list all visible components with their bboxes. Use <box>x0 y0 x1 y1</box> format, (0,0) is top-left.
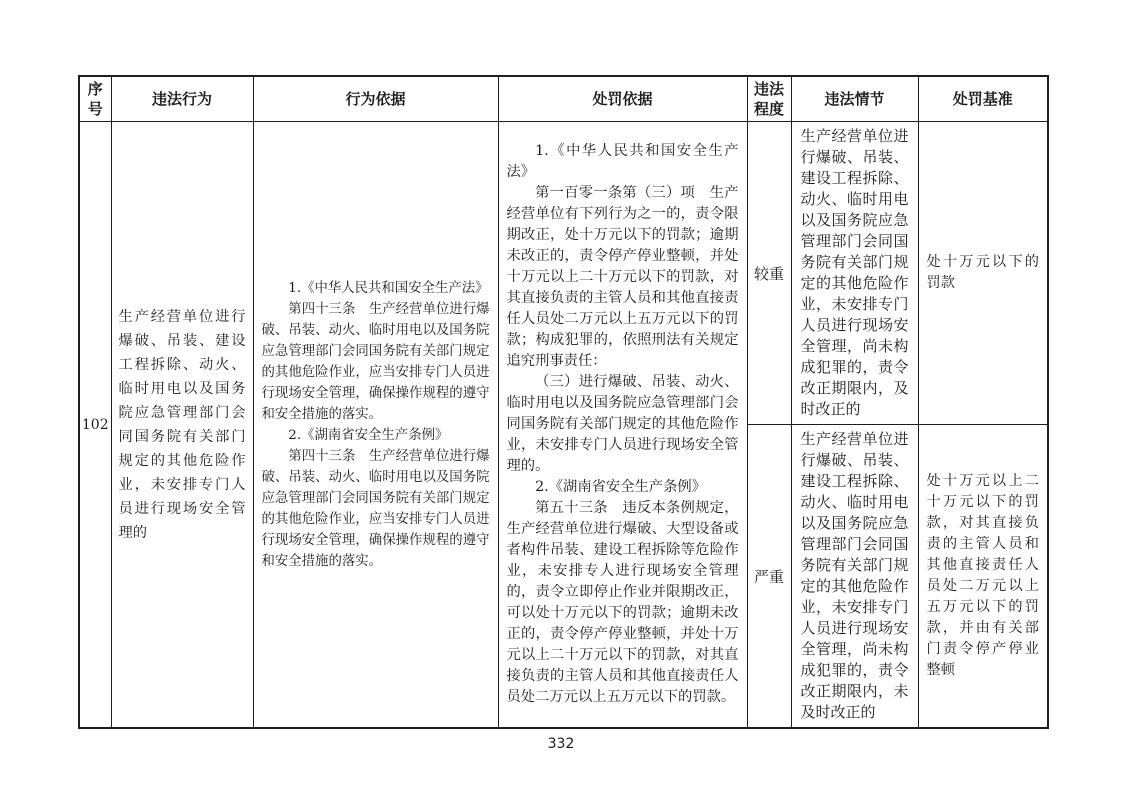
penalty-basis-regulation-title: 2.《湖南省安全生产条例》 <box>507 477 739 498</box>
header-behavior-basis: 行为依据 <box>253 76 498 122</box>
cell-benchmark-severe: 处十万元以上二十万元以下的罚款，对其直接负责的主管人员和其他直接责任人员处二万元… <box>918 425 1048 729</box>
cell-illegal-behavior: 生产经营单位进行爆破、吊装、建设工程拆除、动火、临时用电以及国务院应急管理部门会… <box>111 122 253 729</box>
cell-serial-number: 102 <box>79 122 111 729</box>
cell-degree-severe: 严重 <box>747 425 791 729</box>
cell-circumstance-severe: 生产经营单位进行爆破、吊装、建设工程拆除、动火、临时用电以及国务院应急管理部门会… <box>791 425 918 729</box>
circumstance-moderate-text: 生产经营单位进行爆破、吊装、建设工程拆除、动火、临时用电以及国务院应急管理部门会… <box>801 126 909 420</box>
cell-benchmark-moderate: 处十万元以下的罚款 <box>918 122 1048 425</box>
behavior-basis-law-title: 1.《中华人民共和国安全生产法》 <box>262 278 490 299</box>
circumstance-severe-text: 生产经营单位进行爆破、吊装、建设工程拆除、动火、临时用电以及国务院应急管理部门会… <box>801 429 909 723</box>
behavior-basis-regulation-title: 2.《湖南省安全生产条例》 <box>262 425 490 446</box>
header-violation-degree: 违法程度 <box>747 76 791 122</box>
header-penalty-basis: 处罚依据 <box>498 76 747 122</box>
document-page: 序号 违法行为 行为依据 处罚依据 违法程度 违法情节 处罚基准 102 生产经… <box>0 0 1122 793</box>
header-violation-circumstance: 违法情节 <box>791 76 918 122</box>
table-row-102-subrow-1: 102 生产经营单位进行爆破、吊装、建设工程拆除、动火、临时用电以及国务院应急管… <box>79 122 1048 425</box>
header-serial-number: 序号 <box>79 76 111 122</box>
cell-behavior-basis: 1.《中华人民共和国安全生产法》 第四十三条 生产经营单位进行爆破、吊装、动火、… <box>253 122 498 729</box>
behavior-basis-law-article: 第四十三条 生产经营单位进行爆破、吊装、动火、临时用电以及国务院应急管理部门会同… <box>262 299 490 425</box>
regulation-penalty-table: 序号 违法行为 行为依据 处罚依据 违法程度 违法情节 处罚基准 102 生产经… <box>78 75 1049 729</box>
behavior-basis-regulation-article: 第四十三条 生产经营单位进行爆破、吊装、动火、临时用电以及国务院应急管理部门会同… <box>262 446 490 572</box>
penalty-basis-law-item: （三）进行爆破、吊装、动火、临时用电以及国务院应急管理部门会同国务院有关部门规定… <box>507 372 739 477</box>
cell-penalty-basis: 1.《中华人民共和国安全生产法》 第一百零一条第（三）项 生产经营单位有下列行为… <box>498 122 747 729</box>
header-illegal-behavior: 违法行为 <box>111 76 253 122</box>
page-number: 332 <box>0 736 1122 752</box>
illegal-behavior-text: 生产经营单位进行爆破、吊装、建设工程拆除、动火、临时用电以及国务院应急管理部门会… <box>119 305 246 545</box>
penalty-basis-law-title: 1.《中华人民共和国安全生产法》 <box>507 141 739 183</box>
penalty-basis-law-article: 第一百零一条第（三）项 生产经营单位有下列行为之一的，责令限期改正，处十万元以下… <box>507 183 739 372</box>
cell-circumstance-moderate: 生产经营单位进行爆破、吊装、建设工程拆除、动火、临时用电以及国务院应急管理部门会… <box>791 122 918 425</box>
table-header-row: 序号 违法行为 行为依据 处罚依据 违法程度 违法情节 处罚基准 <box>79 76 1048 122</box>
header-penalty-benchmark: 处罚基准 <box>918 76 1048 122</box>
penalty-basis-regulation-article: 第五十三条 违反本条例规定，生产经营单位进行爆破、大型设备或者构件吊装、建设工程… <box>507 498 739 708</box>
cell-degree-moderate: 较重 <box>747 122 791 425</box>
benchmark-moderate-text: 处十万元以下的罚款 <box>927 252 1040 294</box>
benchmark-severe-text: 处十万元以上二十万元以下的罚款，对其直接负责的主管人员和其他直接责任人员处二万元… <box>927 471 1040 681</box>
